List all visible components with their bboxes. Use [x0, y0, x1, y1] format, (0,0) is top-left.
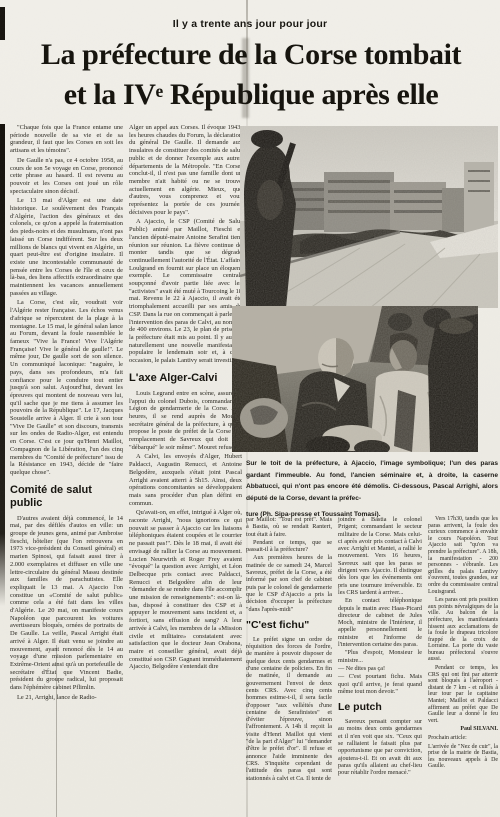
- article-column-3: par Maillot: "Tout est prêt". Mais à Bas…: [246, 516, 332, 783]
- paragraph: Pendant ce temps, les CRS qui ont fini p…: [428, 665, 498, 724]
- author-signature: Paul SILVANI.: [428, 726, 498, 733]
- subheading-le-putch: Le putch: [338, 701, 422, 714]
- kicker: Il y a trente ans jour pour jour: [0, 18, 500, 30]
- paragraph: Louis Legrand entre en scène, assuré de …: [129, 390, 242, 452]
- subheading-comite-de-salut-public: Comité de salut public: [10, 484, 123, 510]
- paragraph: Le 13 mai d'Alger est une date historiqu…: [10, 197, 123, 297]
- paragraph: Qu'avait-on, en effet, intrigué à Alger …: [129, 509, 242, 671]
- photo-caption-text: Sur le toit de la préfecture, à Ajaccio,…: [246, 458, 498, 504]
- next-article-label: Prochain article:: [428, 735, 498, 742]
- headline-line-2-text: et la IV: [64, 78, 156, 111]
- paragraph: Aux premières heures de la matinée de ce…: [246, 554, 332, 612]
- paragraph: A Ajaccio, le CSP (Comité de Salut Publi…: [129, 218, 242, 364]
- newspaper-page: Il y a trente ans jour pour jour La préf…: [0, 0, 500, 817]
- paragraph: Le préfet signe un ordre de réquisition …: [246, 636, 332, 782]
- paragraph: joindre à Bastia le colonel Prigent; com…: [338, 516, 422, 596]
- photo-caption: Sur le toit de la préfecture, à Ajaccio,…: [246, 458, 498, 521]
- photo-paras-roof: [240, 126, 498, 308]
- headline-line-2-text-end: République après elle: [163, 78, 438, 111]
- article-column-1: "Chaque fois que la France entame une pé…: [10, 124, 123, 704]
- paragraph: En contact téléphonique depuis le matin …: [338, 597, 422, 648]
- paragraph: Le 21, Arrighi, lance de Radio-: [10, 694, 123, 702]
- paragraph: Savreux pensait compter sur au moins deu…: [338, 718, 422, 776]
- paragraph: Alger un appel aux Corses. Il évoque 194…: [129, 124, 242, 216]
- headline: La préfecture de la Corse tombait et la …: [4, 36, 498, 113]
- paragraph: De Gaulle n'a pas, ce 4 octobre 1958, au…: [10, 157, 123, 196]
- paragraph: A Calvi, les envoyés d'Alger, Hubert Pal…: [129, 453, 242, 507]
- article-column-4: joindre à Bastia le colonel Prigent; com…: [338, 516, 422, 778]
- scan-edge-bar: [0, 124, 5, 606]
- paragraph: Vers 17h30, tandis que les paras arriven…: [428, 516, 498, 595]
- headline-line-2: et la IVe République après elle: [4, 73, 498, 113]
- paragraph: D'autres avaient déjà commencé, le 14 ma…: [10, 515, 123, 692]
- dialogue-line: — C'est pourtant fichu. Mais quoi qu'il …: [338, 673, 422, 695]
- paragraph: La Corse, c'est sûr, voudrait voir l'Alg…: [10, 299, 123, 476]
- headline-superscript: e: [156, 81, 163, 101]
- subheading-axe-alger-calvi: L'axe Alger-Calvi: [129, 372, 242, 385]
- dialogue-line: — Ne dites pas ça!: [338, 665, 422, 672]
- photo-arrighi-crowd-image: [232, 306, 478, 452]
- subheading-cest-fichu: "C'est fichu": [246, 619, 332, 632]
- paragraph: "Chaque fois que la France entame une pé…: [10, 124, 123, 155]
- dialogue-line: "Plus d'espoir, Monsieur le ministre...: [338, 649, 422, 664]
- paragraph: Pendant ce temps, que se passait-il à la…: [246, 539, 332, 554]
- paragraph: par Maillot: "Tout est prêt". Mais à Bas…: [246, 516, 332, 538]
- next-article-text: L'arrivée de "Nez de cuir", la prise de …: [428, 744, 498, 770]
- article-column-2: Alger un appel aux Corses. Il évoque 194…: [129, 124, 242, 673]
- photo-paras-roof-image: [240, 126, 498, 308]
- headline-line-1: La préfecture de la Corse tombait: [4, 36, 498, 73]
- article-column-5: Vers 17h30, tandis que les paras arriven…: [428, 516, 498, 772]
- photo-arrighi-crowd: [232, 306, 478, 452]
- paragraph: Les paras ont pris position aux points n…: [428, 597, 498, 663]
